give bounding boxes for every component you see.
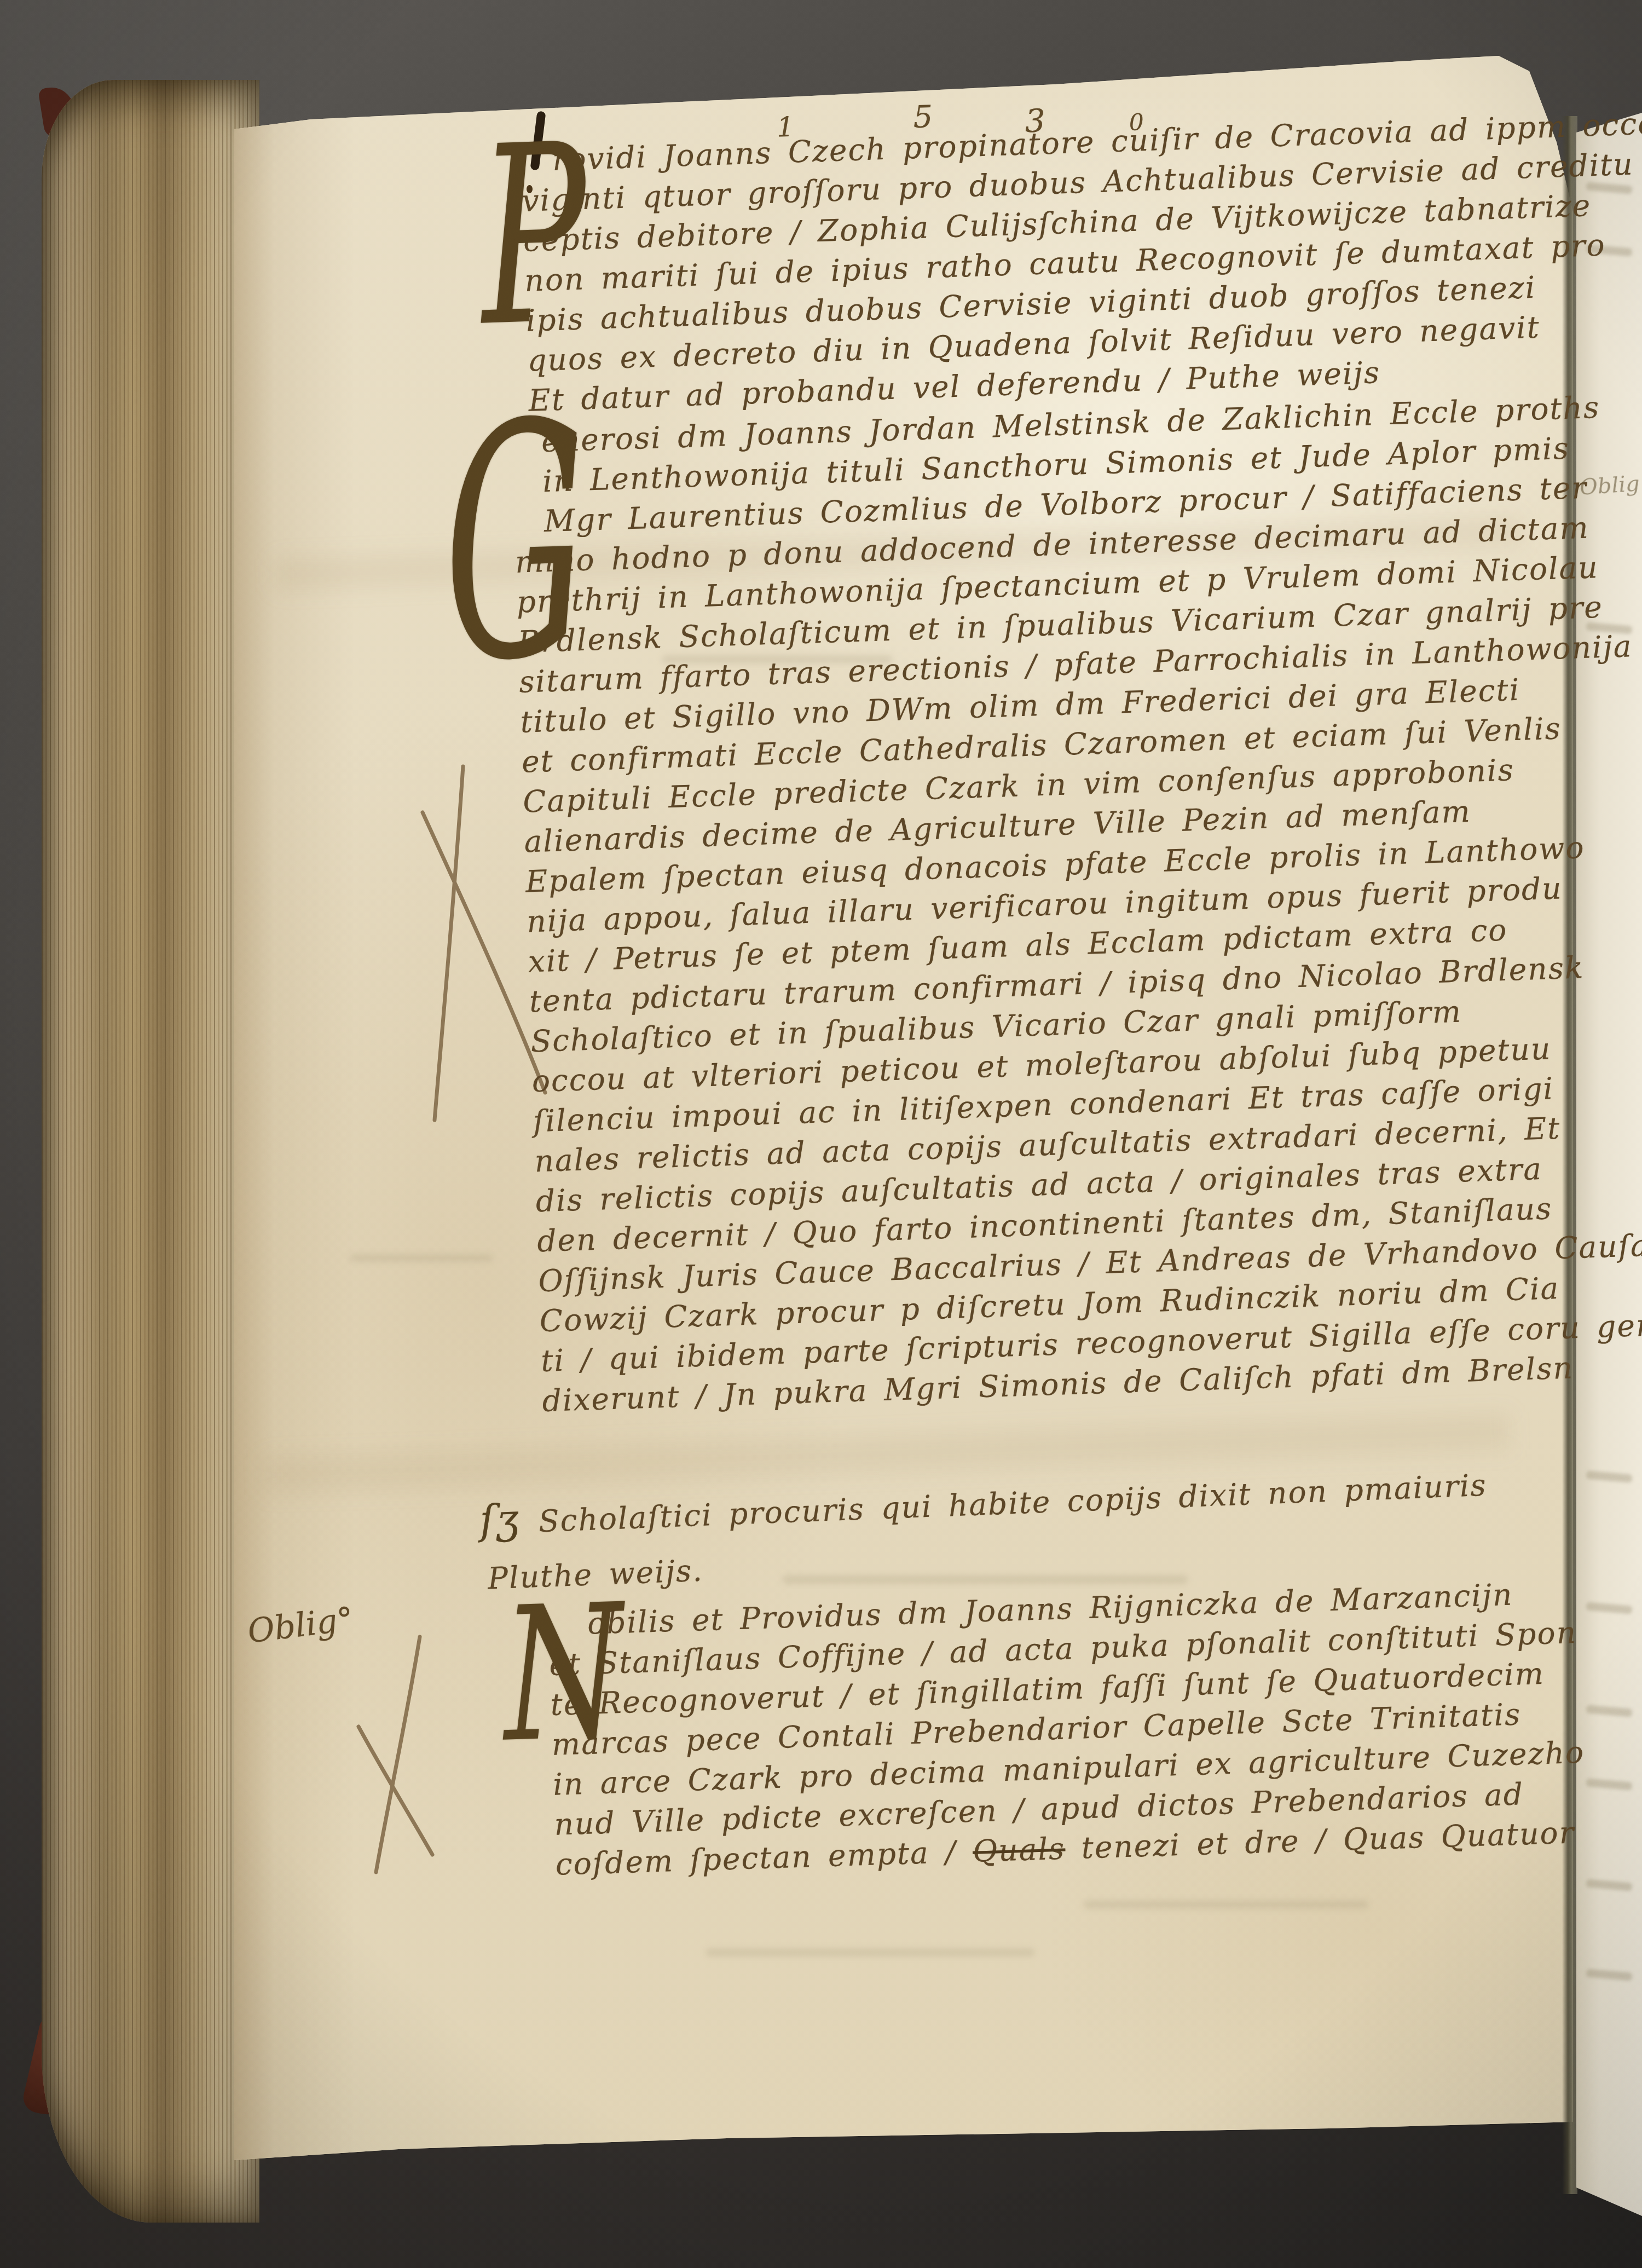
entry-paragraph-2: G enerosi dm Joanns Jordan Melstinsk de … [511, 384, 1642, 1421]
next-page-oblig-note: Oblig [1579, 471, 1641, 500]
entry-paragraph-1: P rovidi Joanns Czech propinatore cuiſir… [520, 102, 1642, 421]
catchword-mark: ſʒ [479, 1494, 539, 1544]
initial-letter: N [501, 1598, 626, 1750]
entry-paragraph-3: N obilis et Providus dm Joanns Rijgniczk… [547, 1573, 1588, 1885]
strikethrough-word: Quals [972, 1831, 1066, 1869]
initial-letter: P [477, 137, 591, 337]
photograph-background: 1 5 3 0 P rovidi Joanns Czech propinator… [0, 0, 1642, 2268]
initial-letter: G [440, 413, 592, 674]
